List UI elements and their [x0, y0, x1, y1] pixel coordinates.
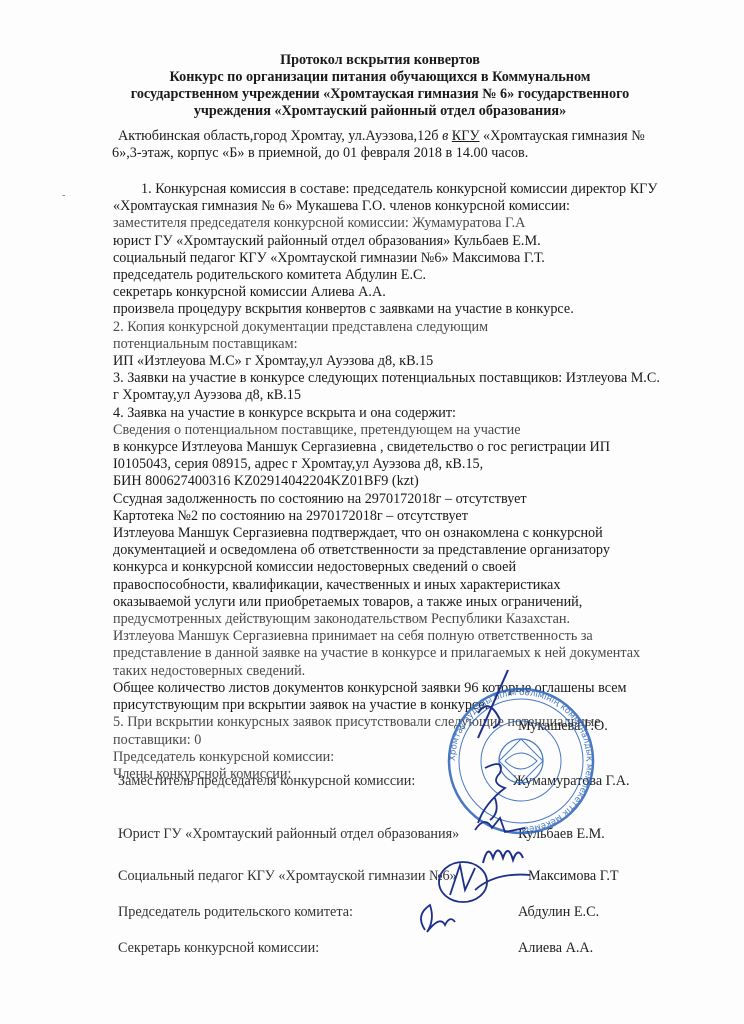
- title-line-2: Конкурс по организации питания обучающих…: [100, 69, 660, 86]
- body-line: БИН 800627400316 KZ02914042204KZ01BF9 (k…: [113, 473, 693, 490]
- signatory-role: Секретарь конкурсной комиссии:: [118, 940, 319, 957]
- intro-paragraph: Актюбинская область,город Хромтау, ул.Ау…: [118, 128, 678, 162]
- body-line: заместителя председателя конкурсной коми…: [113, 215, 693, 232]
- document-body: 1. Конкурсная комиссия в составе: предсе…: [113, 181, 693, 783]
- body-line: ИП «Изтлеуова М.С» г Хромтау,ул Ауэзова …: [113, 353, 693, 370]
- signature-chair-icon: [468, 668, 518, 748]
- body-line: Изтлеуова Маншук Сергазиевна принимает н…: [113, 628, 693, 645]
- body-line: представление в данной заявке на участие…: [113, 645, 693, 662]
- title-line-3: государственном учреждении «Хромтауская …: [100, 86, 660, 103]
- signature-parent-committee-icon: [405, 860, 535, 940]
- intro-line-1: Актюбинская область,город Хромтау, ул.Ау…: [118, 128, 678, 145]
- body-line: присутствующим при вскрытии заявок на уч…: [113, 697, 693, 714]
- body-line: оказываемой услуги или приобретаемых тов…: [113, 594, 693, 611]
- body-line: Картотека №2 по состоянию на 2970172018г…: [113, 508, 693, 525]
- margin-mark: -: [62, 190, 65, 201]
- body-line: правоспособности, квалификации, качестве…: [113, 577, 693, 594]
- title-line-1: Протокол вскрытия конвертов: [100, 52, 660, 69]
- body-line: I0105043, серия 08915, адрес г Хромтау,у…: [113, 456, 693, 473]
- body-line: 3. Заявки на участие в конкурсе следующи…: [113, 370, 693, 387]
- document-title: Протокол вскрытия конвертов Конкурс по о…: [100, 52, 660, 120]
- body-line: 1. Конкурсная комиссия в составе: предсе…: [113, 181, 693, 198]
- body-line: секретарь конкурсной комиссии Алиева А.А…: [113, 284, 693, 301]
- intro-underlined: КГУ: [452, 128, 480, 144]
- body-line: документацией и осведомлена об ответстве…: [113, 542, 693, 559]
- body-line: «Хромтауская гимназия № 6» Мукашева Г.О.…: [113, 198, 693, 215]
- body-line: предусмотренных действующим законодатель…: [113, 611, 693, 628]
- body-line: Ссудная задолженность по состоянию на 29…: [113, 491, 693, 508]
- body-line: 4. Заявка на участие в конкурсе вскрыта …: [113, 405, 693, 422]
- body-line: юрист ГУ «Хромтауский районный отдел обр…: [113, 233, 693, 250]
- signatory-role: Заместитель председателя конкурсной коми…: [118, 773, 415, 790]
- body-line: социальный педагог КГУ «Хромтауской гимн…: [113, 250, 693, 267]
- body-line: таких недостоверных сведений.: [113, 663, 693, 680]
- body-line: Общее количество листов документов конку…: [113, 680, 693, 697]
- body-line: конкурса и конкурсной комиссии недостове…: [113, 559, 693, 576]
- signatory-role: Председатель родительского комитета:: [118, 904, 353, 921]
- intro-text: Актюбинская область,город Хромтау, ул.Ау…: [118, 128, 442, 144]
- signature-lawyer-icon: [470, 810, 530, 840]
- body-line: г Хромтау,ул Ауэзова д8, кВ.15: [113, 387, 693, 404]
- intro-line-2: 6»,3-этаж, корпус «Б» в приемной, до 01 …: [112, 145, 678, 162]
- body-line: произвела процедуру вскрытия конвертов с…: [113, 301, 693, 318]
- intro-italic: в: [442, 128, 448, 144]
- signatory-role: Юрист ГУ «Хромтауский районный отдел обр…: [118, 826, 459, 843]
- document-page: Протокол вскрытия конвертов Конкурс по о…: [0, 0, 744, 1024]
- body-line: Председатель конкурсной комиссии:: [113, 749, 693, 766]
- body-line: Сведения о потенциальном поставщике, пре…: [113, 422, 693, 439]
- body-line: в конкурсе Изтлеуова Маншук Сергазиевна …: [113, 439, 693, 456]
- body-line: 2. Копия конкурсной документации предста…: [113, 319, 693, 336]
- body-line: потенциальным поставщикам:: [113, 336, 693, 353]
- body-line: Изтлеуова Маншук Сергазиевна подтверждае…: [113, 525, 693, 542]
- body-line: председатель родительского комитета Абду…: [113, 267, 693, 284]
- signatory-name: Максимова Г.Т: [528, 868, 619, 885]
- intro-text-2: «Хромтауская гимназия №: [480, 128, 645, 144]
- signatory-name: Алиева А.А.: [518, 940, 593, 957]
- title-line-4: учреждения «Хромтауский районный отдел о…: [100, 103, 660, 120]
